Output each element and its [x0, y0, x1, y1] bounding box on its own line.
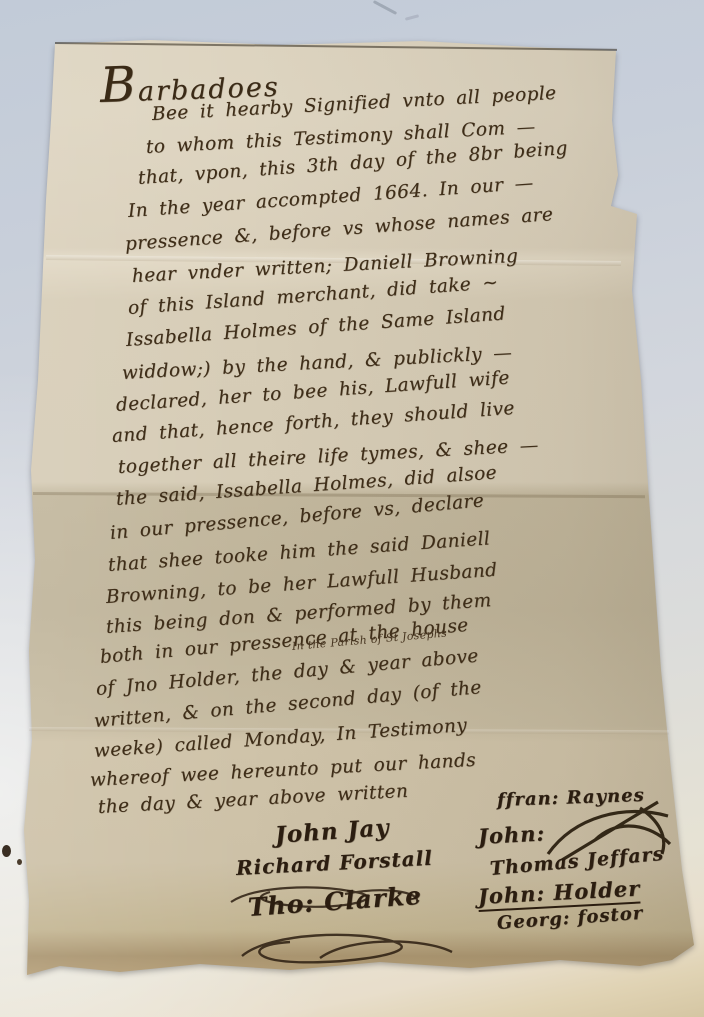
signature-john-with-mark: John:: [477, 820, 545, 848]
photograph-of-manuscript: Barbadoes Bee it hearby Signified vnto a…: [0, 0, 704, 1017]
flourish-double-loop-icon: [230, 928, 460, 972]
